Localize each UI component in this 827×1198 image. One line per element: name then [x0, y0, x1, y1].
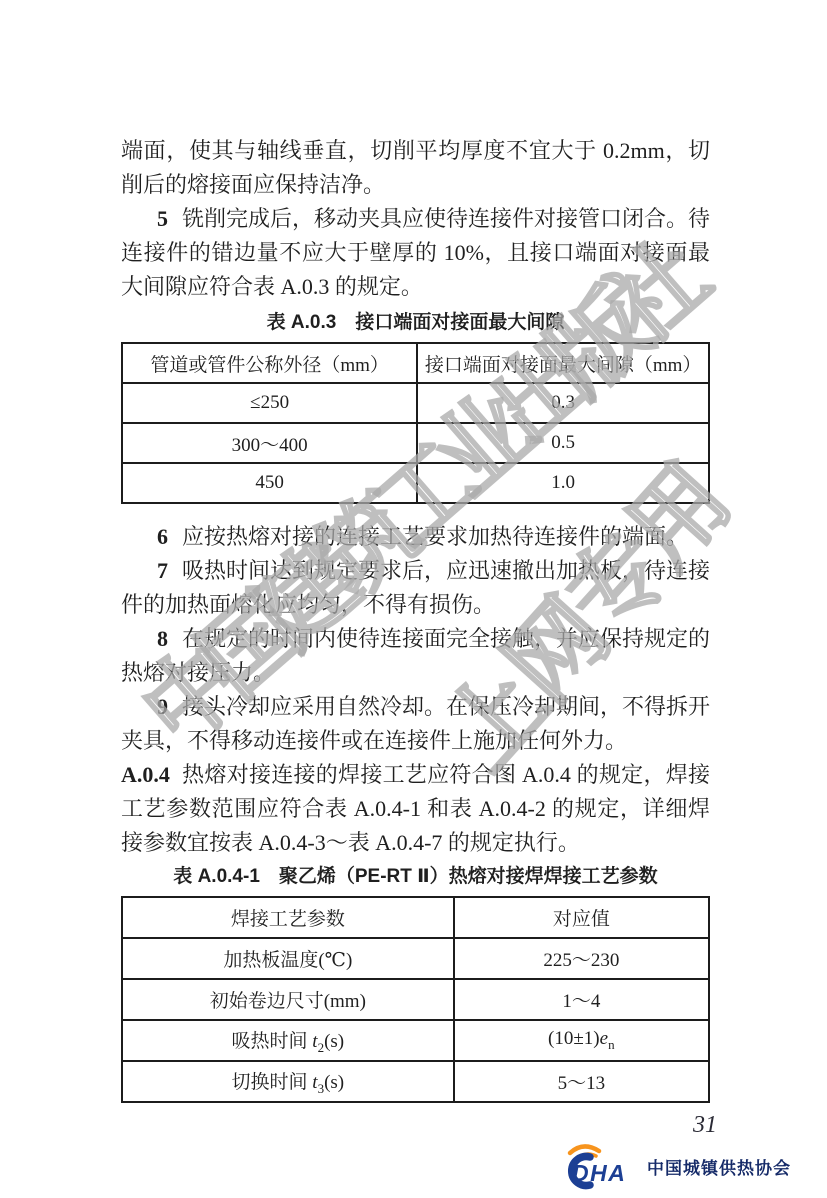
- paragraph-item-7: 7吸热时间达到规定要求后，应迅速撤出加热板，待连接件的加热面熔化应均匀，不得有损…: [121, 554, 710, 622]
- table-a03-caption: 表 A.0.3 接口端面对接面最大间隙: [121, 310, 710, 336]
- cdha-logo: DHA 中国城镇供热协会: [552, 1140, 791, 1192]
- table-cell: 450: [122, 463, 417, 503]
- page-number: 31: [693, 1112, 717, 1139]
- cell-text: 初始卷边尺寸(mm): [210, 991, 366, 1012]
- cell-text: 1～4: [562, 991, 600, 1012]
- table-cell: 1.0: [417, 463, 709, 503]
- paragraph-text: 在规定的时间内使待连接面完全接触，并应保持规定的热熔对接压力。: [121, 626, 710, 685]
- paragraph-item-9: 9接头冷却应采用自然冷却。在保压冷却期间，不得拆开夹具，不得移动连接件或在连接件…: [121, 690, 710, 758]
- header-cell-parameter: 焊接工艺参数: [122, 897, 454, 938]
- table-row: 450 1.0: [122, 463, 709, 503]
- table-cell: 300～400: [122, 423, 417, 463]
- logo-acronym: DHA: [572, 1160, 626, 1186]
- table-a03: 管道或管件公称外径（mm） 接口端面对接面最大间隙（mm） ≤250 0.3 3…: [121, 342, 710, 504]
- table-header-row: 焊接工艺参数 对应值: [122, 897, 709, 938]
- paragraph-text: 吸热时间达到规定要求后，应迅速撤出加热板，待连接件的加热面熔化应均匀，不得有损伤…: [121, 558, 710, 617]
- table-a041: 焊接工艺参数 对应值 加热板温度(℃) 225～230 初始卷边尺寸(mm) 1…: [121, 896, 710, 1103]
- cell-text: (10±1): [548, 1028, 600, 1049]
- paragraph-item-6: 6应按热熔对接的连接工艺要求加热待连接件的端面。: [121, 520, 710, 554]
- table-row: ≤250 0.3: [122, 383, 709, 423]
- header-cell-diameter: 管道或管件公称外径（mm）: [122, 343, 417, 383]
- cell-text: (s): [324, 1031, 344, 1052]
- cell-text: 5～13: [558, 1073, 606, 1094]
- paragraph-item-5: 5铣削完成后，移动夹具应使待连接件对接管口闭合。待连接件的错边量不应大于壁厚的 …: [121, 202, 710, 304]
- cell-text: 吸热时间: [232, 1031, 313, 1052]
- paragraph-continuation: 端面，使其与轴线垂直，切削平均厚度不宜大于 0.2mm，切削后的熔接面应保持洁净…: [121, 134, 710, 202]
- paragraph-text: 应按热熔对接的连接工艺要求加热待连接件的端面。: [182, 524, 688, 549]
- header-cell-max-gap: 接口端面对接面最大间隙（mm）: [417, 343, 709, 383]
- cell-text: 切换时间: [232, 1072, 313, 1093]
- clause-number: A.0.4: [121, 762, 170, 787]
- cdha-logo-icon: DHA: [552, 1140, 640, 1192]
- table-header-row: 管道或管件公称外径（mm） 接口端面对接面最大间隙（mm）: [122, 343, 709, 383]
- cell-text: 加热板温度(℃): [223, 950, 352, 971]
- clause-text: 热熔对接连接的焊接工艺应符合图 A.0.4 的规定，焊接工艺参数范围应符合表 A…: [121, 762, 710, 855]
- document-page: 端面，使其与轴线垂直，切削平均厚度不宜大于 0.2mm，切削后的熔接面应保持洁净…: [0, 0, 827, 1198]
- table-cell-value: (10±1)en: [454, 1020, 709, 1061]
- math-variable: e: [600, 1028, 608, 1049]
- table-row: 300～400 0.5: [122, 423, 709, 463]
- paragraph-text: 接头冷却应采用自然冷却。在保压冷却期间，不得拆开夹具，不得移动连接件或在连接件上…: [121, 694, 710, 753]
- clause-a04: A.0.4热熔对接连接的焊接工艺应符合图 A.0.4 的规定，焊接工艺参数范围应…: [121, 758, 710, 860]
- paragraph-number: 7: [157, 558, 168, 583]
- table-cell: 0.5: [417, 423, 709, 463]
- table-cell-parameter: 初始卷边尺寸(mm): [122, 979, 454, 1020]
- paragraph-number: 5: [157, 206, 168, 231]
- math-subscript: n: [608, 1037, 615, 1052]
- table-cell-parameter: 加热板温度(℃): [122, 938, 454, 979]
- table-cell-value: 5～13: [454, 1061, 709, 1102]
- table-cell-parameter: 切换时间 t3(s): [122, 1061, 454, 1102]
- table-cell: 0.3: [417, 383, 709, 423]
- cell-text: (s): [324, 1072, 344, 1093]
- paragraph-text: 端面，使其与轴线垂直，切削平均厚度不宜大于 0.2mm，切削后的熔接面应保持洁净…: [121, 138, 710, 197]
- table-cell-value: 225～230: [454, 938, 709, 979]
- page-content: 端面，使其与轴线垂直，切削平均厚度不宜大于 0.2mm，切削后的熔接面应保持洁净…: [121, 134, 710, 1103]
- cell-text: 225～230: [543, 950, 619, 971]
- paragraph-number: 8: [157, 626, 168, 651]
- table-cell: ≤250: [122, 383, 417, 423]
- table-row: 吸热时间 t2(s) (10±1)en: [122, 1020, 709, 1061]
- paragraph-number: 9: [157, 694, 168, 719]
- table-row: 切换时间 t3(s) 5～13: [122, 1061, 709, 1102]
- table-a041-caption: 表 A.0.4-1 聚乙烯（PE-RT Ⅱ）热熔对接焊焊接工艺参数: [121, 864, 710, 890]
- table-row: 初始卷边尺寸(mm) 1～4: [122, 979, 709, 1020]
- header-cell-value: 对应值: [454, 897, 709, 938]
- paragraph-number: 6: [157, 524, 168, 549]
- table-cell-value: 1～4: [454, 979, 709, 1020]
- logo-signal-arc-outer: [570, 1146, 599, 1153]
- organization-name: 中国城镇供热协会: [647, 1154, 791, 1179]
- table-row: 加热板温度(℃) 225～230: [122, 938, 709, 979]
- paragraph-text: 铣削完成后，移动夹具应使待连接件对接管口闭合。待连接件的错边量不应大于壁厚的 1…: [121, 206, 710, 299]
- table-cell-parameter: 吸热时间 t2(s): [122, 1020, 454, 1061]
- paragraph-item-8: 8在规定的时间内使待连接面完全接触，并应保持规定的热熔对接压力。: [121, 622, 710, 690]
